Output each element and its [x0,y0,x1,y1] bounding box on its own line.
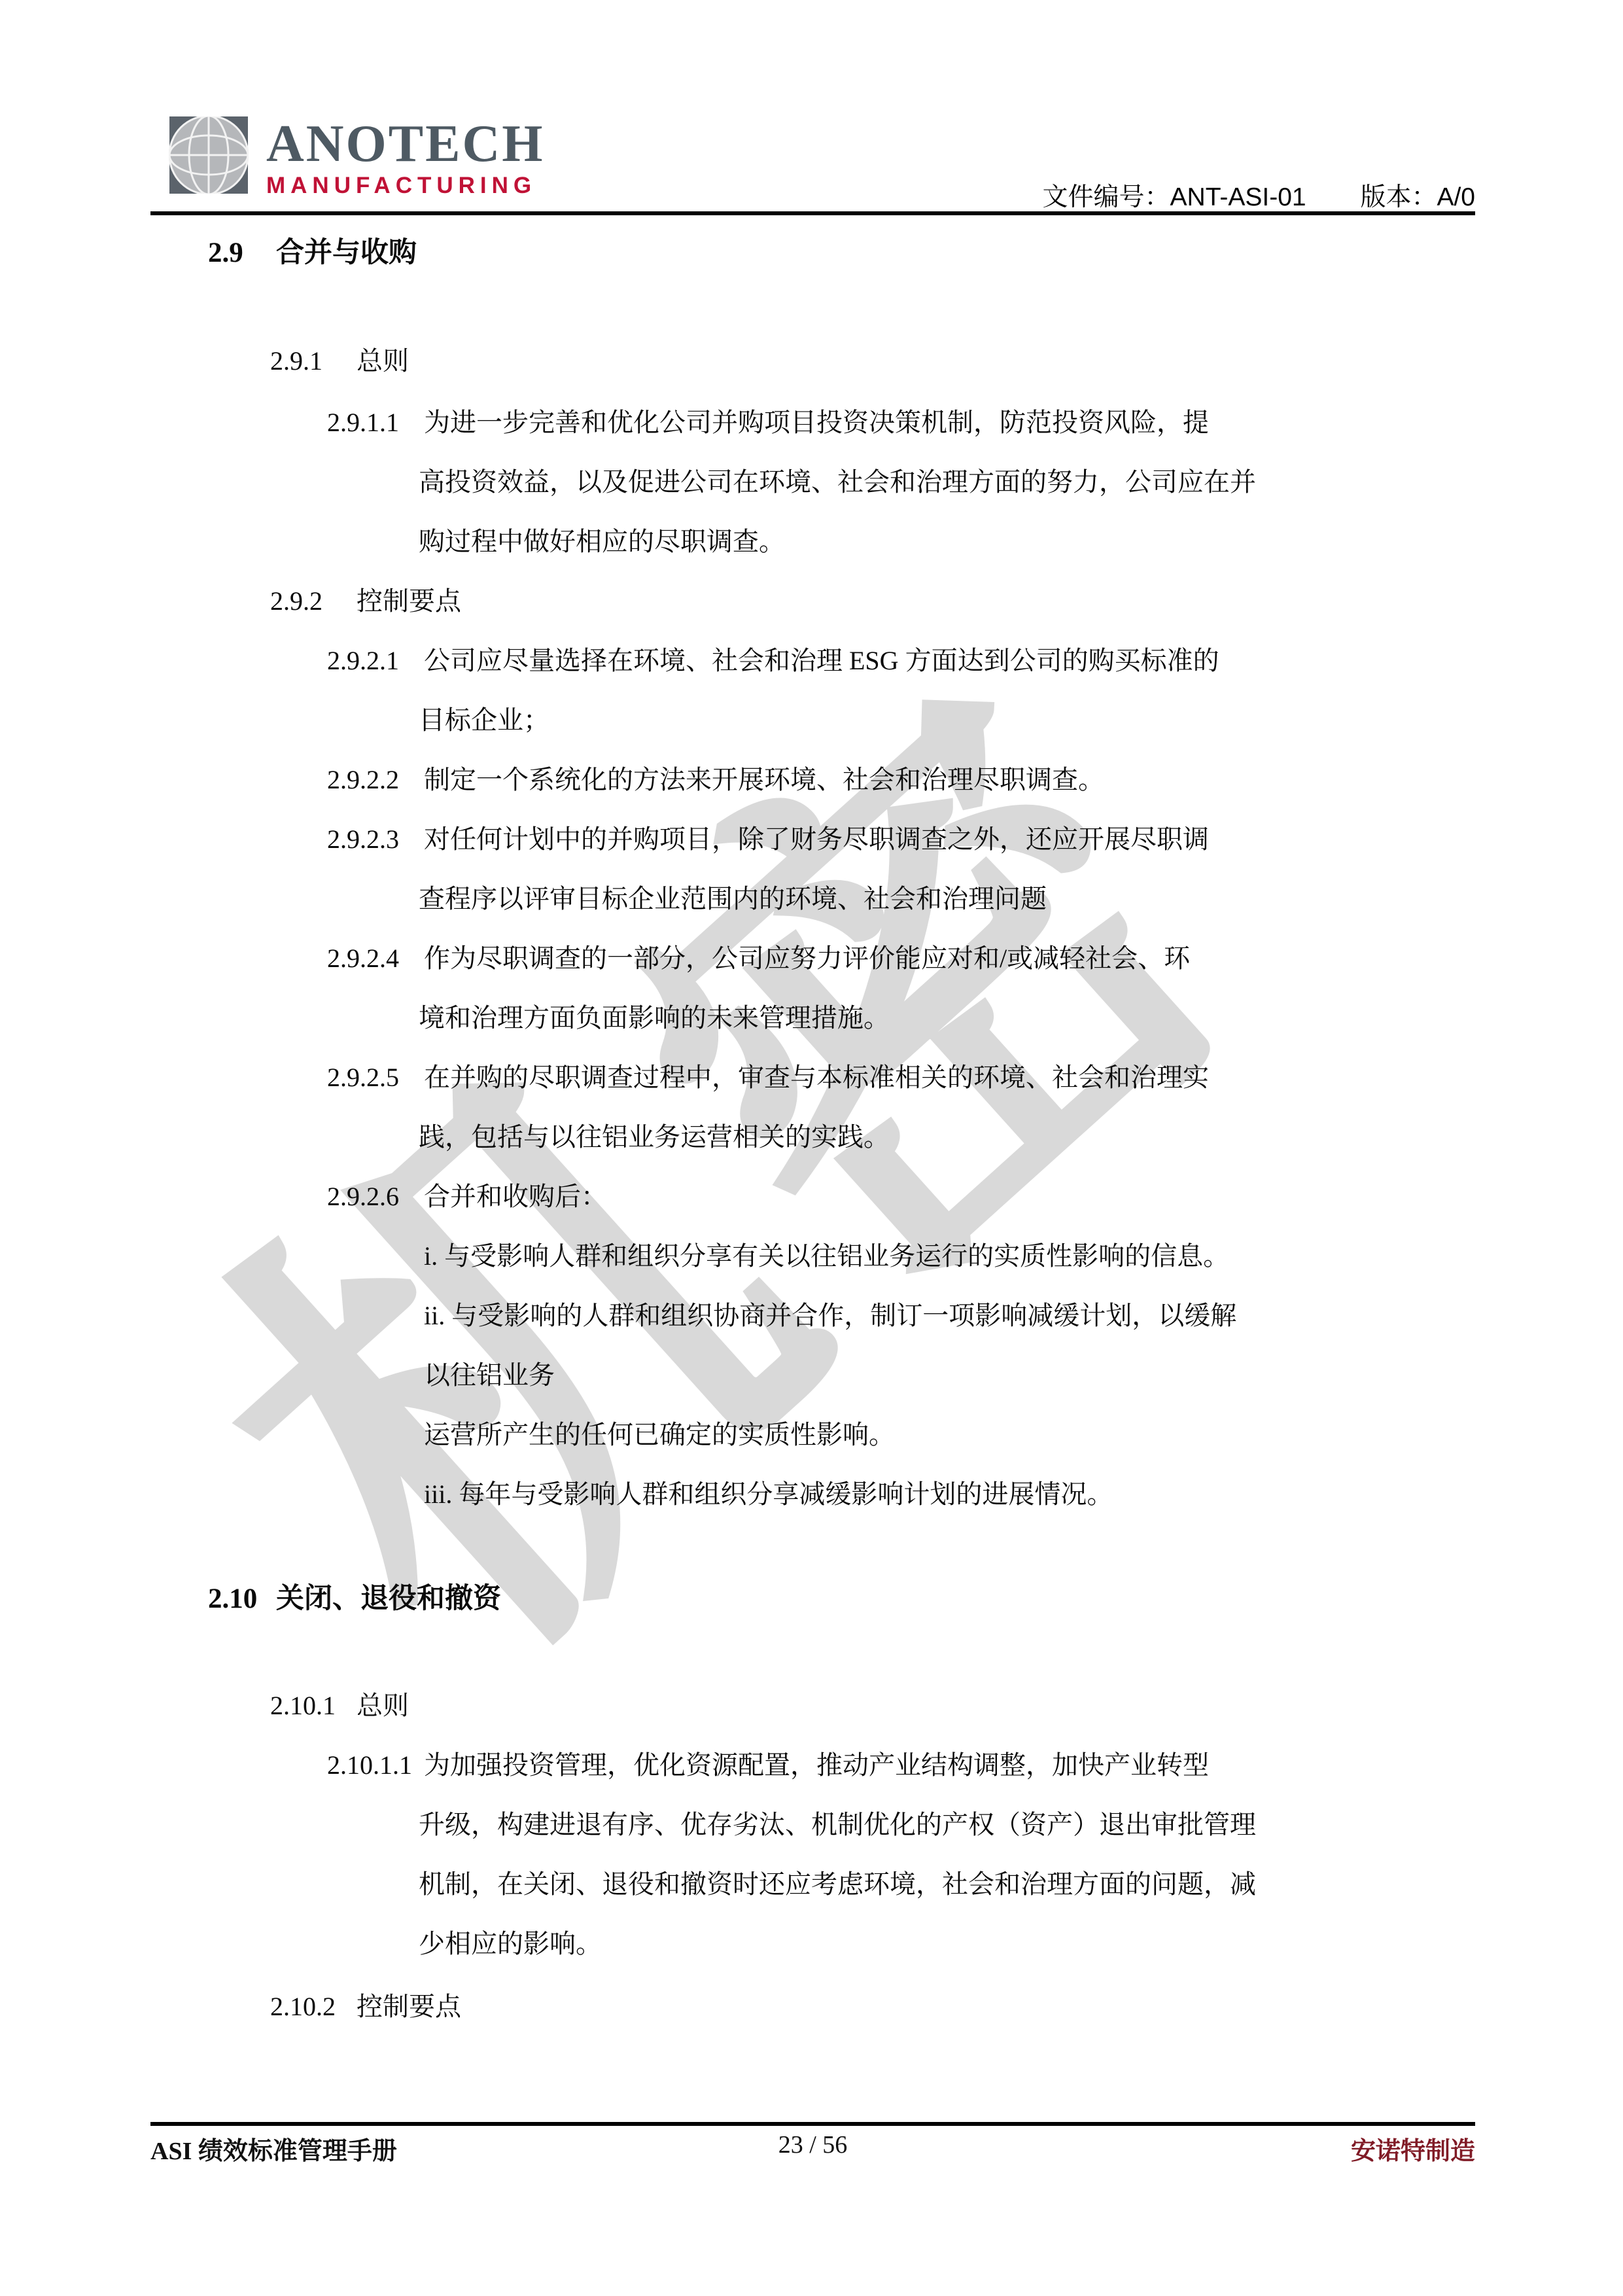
footer-rule [150,2122,1475,2126]
clause-2-9-1-1: 2.9.1.1为进一步完善和优化公司并购项目投资决策机制，防范投资风险，提 [327,407,1209,438]
clause-2-9-2-2: 2.9.2.2制定一个系统化的方法来开展环境、社会和治理尽职调查。 [327,764,1104,796]
clause-2-10-1-1-wrap-2: 机制，在关闭、退役和撤资时还应考虑环境，社会和治理方面的问题，减 [419,1869,1256,1900]
clause-2-10-1-1-wrap-1: 升级，构建进退有序、优存劣汰、机制优化的产权（资产）退出审批管理 [419,1809,1256,1841]
footer-company-name: 安诺特制造 [1351,2130,1475,2166]
clause-2-9-2: 2.9.2控制要点 [270,586,461,617]
section-heading-2-9: 2.9合并与收购 [208,238,417,269]
clause-2-9-2-3: 2.9.2.3对任何计划中的并购项目，除了财务尽职调查之外，还应开展尽职调 [327,824,1209,855]
clause-2-9-2-4-wrap: 境和治理方面负面影响的未来管理措施。 [419,1002,890,1034]
clause-2-9-2-6: 2.9.2.6合并和收购后： [327,1181,607,1212]
document-version: 版本：A/0 [1360,183,1475,211]
section-heading-2-10: 2.10关闭、退役和撤资 [208,1583,501,1615]
list-item-ii: ii. 与受影响的人群和组织协商并合作，制订一项影响减缓计划，以缓解 [424,1300,1236,1332]
company-logo-wordmark: ANOTECH MANUFACTURING [266,118,545,197]
clause-2-10-1-1-wrap-3: 少相应的影响。 [419,1928,602,1960]
document-number: 文件编号：ANT-ASI-01 [1043,183,1306,211]
logo-subtitle-text: MANUFACTURING [266,174,545,197]
clause-2-9-1-1-wrap-2: 购过程中做好相应的尽职调查。 [419,526,785,557]
list-item-ii-wrap-2: 运营所产生的任何已确定的实质性影响。 [424,1419,895,1451]
header-rule [150,211,1475,215]
list-item-iii: iii. 每年与受影响人群和组织分享减缓影响计划的进展情况。 [424,1479,1113,1510]
list-item-ii-wrap-1: 以往铝业务 [424,1360,555,1391]
clause-2-9-2-3-wrap: 查程序以评审目标企业范围内的环境、社会和治理问题 [419,883,1047,915]
clause-2-10-2: 2.10.2控制要点 [270,1991,461,2022]
company-logo-globe-icon [169,116,249,194]
clause-2-10-1: 2.10.1总则 [270,1690,409,1722]
clause-2-9-2-1-wrap: 目标企业； [419,705,550,736]
clause-2-9-1: 2.9.1总则 [270,345,409,377]
clause-2-9-1-1-wrap-1: 高投资效益，以及促进公司在环境、社会和治理方面的努力，公司应在并 [419,467,1256,498]
clause-2-9-2-4: 2.9.2.4作为尽职调查的一部分，公司应努力评价能应对和/或减轻社会、环 [327,943,1190,974]
clause-2-9-2-5: 2.9.2.5在并购的尽职调查过程中，审查与本标准相关的环境、社会和治理实 [327,1062,1209,1093]
footer-manual-title: ASI 绩效标准管理手册 [150,2130,397,2166]
list-item-i: i. 与受影响人群和组织分享有关以往铝业务运行的实质性影响的信息。 [424,1241,1229,1272]
clause-2-9-2-1: 2.9.2.1公司应尽量选择在环境、社会和治理 ESG 方面达到公司的购买标准的 [327,645,1219,677]
document-page: 机密 ANOTECH MANUFACTURING 文件编号：ANT-ASI-01… [0,0,1623,2296]
logo-name-text: ANOTECH [266,118,545,170]
clause-2-10-1-1: 2.10.1.1为加强投资管理，优化资源配置，推动产业结构调整，加快产业转型 [327,1750,1209,1781]
clause-2-9-2-5-wrap: 践，包括与以往铝业务运营相关的实践。 [419,1122,890,1153]
document-meta: 文件编号：ANT-ASI-01 版本：A/0 [1043,177,1475,213]
